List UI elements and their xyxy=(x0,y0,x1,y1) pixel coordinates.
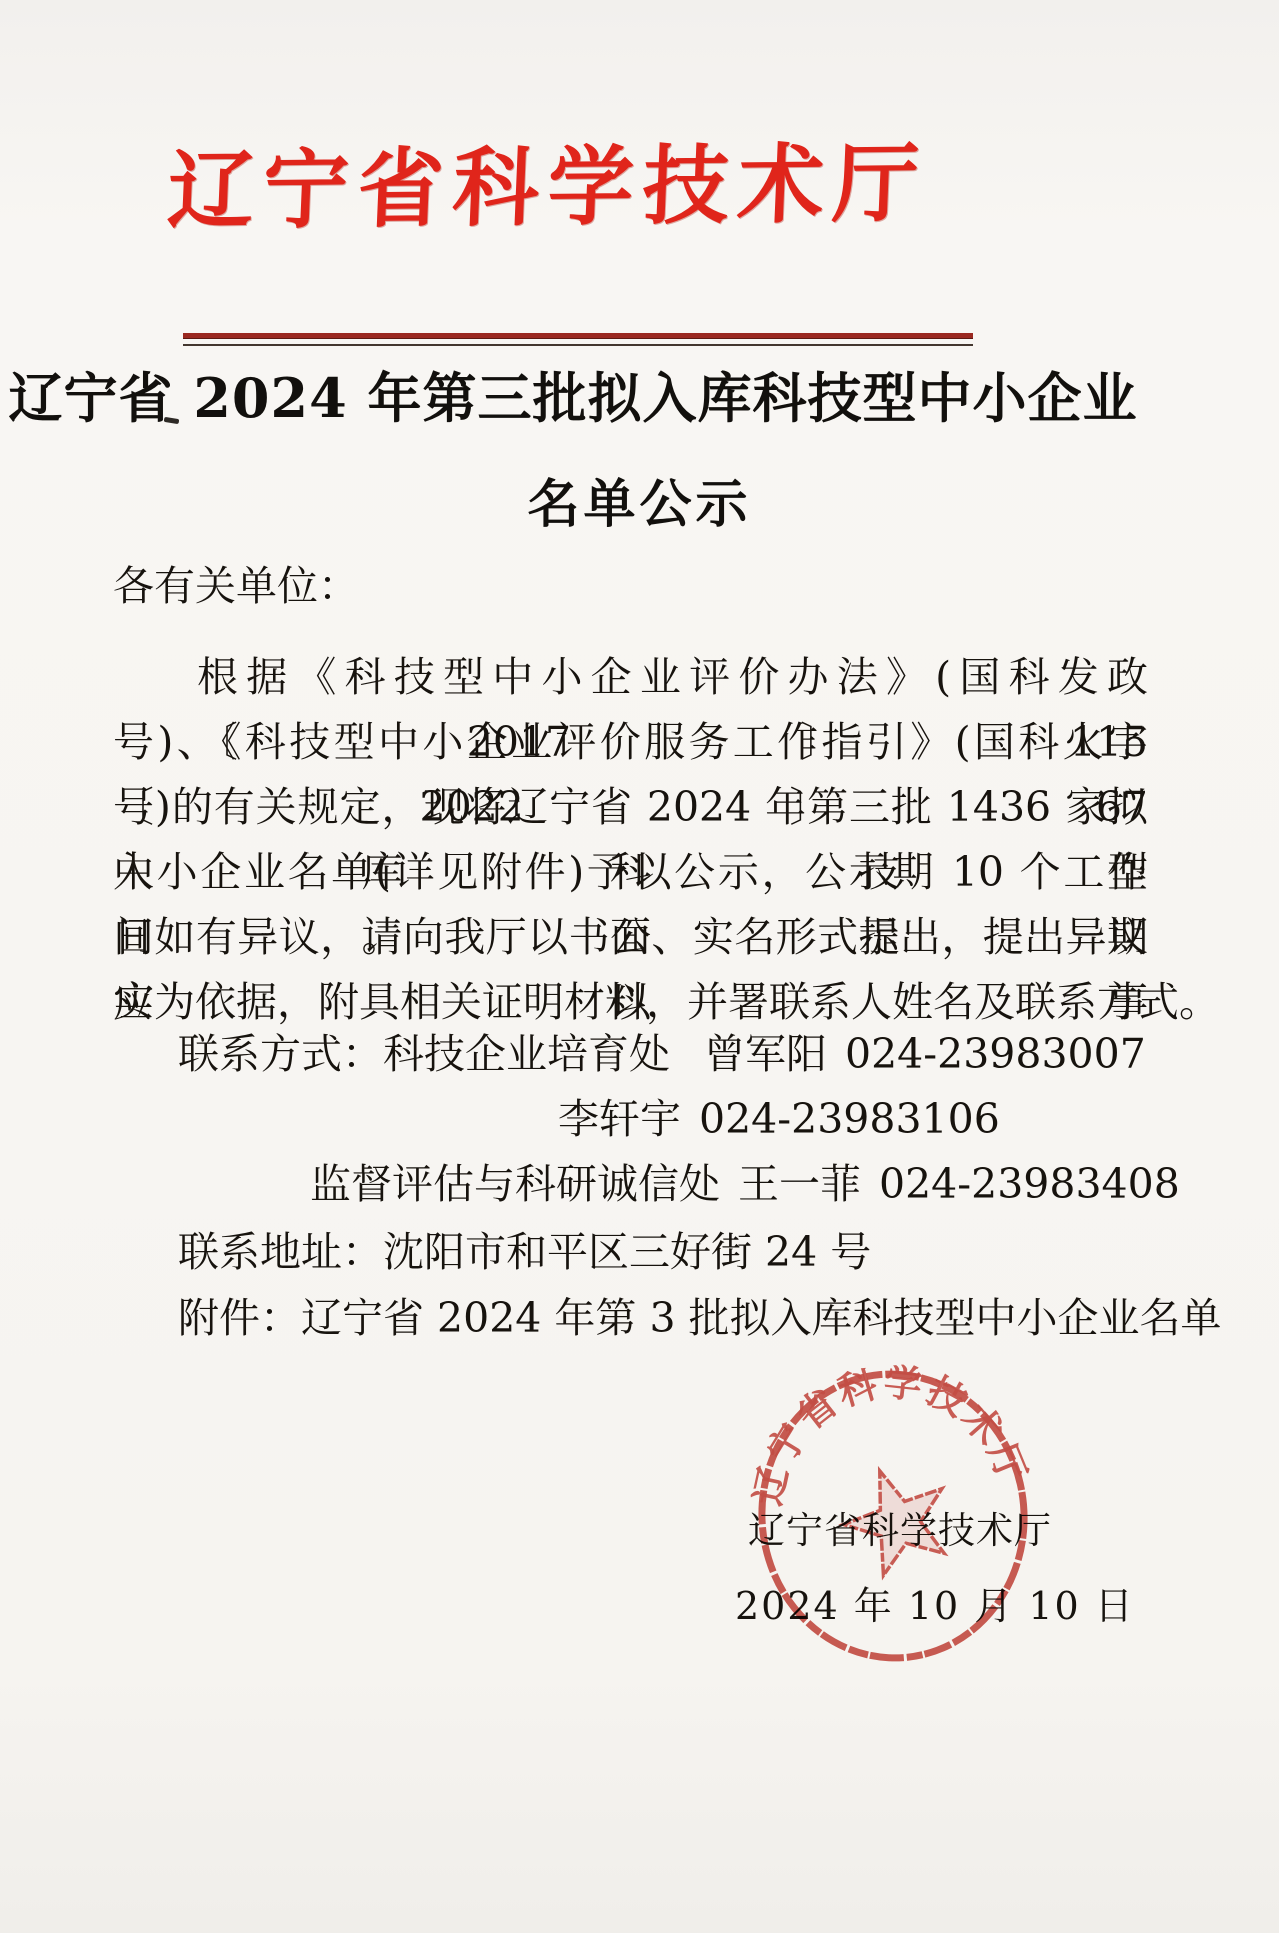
body-paragraph: 根据《科技型中小企业评价办法》(国科发政〔2017〕115 号)、《科技型中小企… xyxy=(113,645,1148,1035)
contact-line-1: 联系方式：科技企业培育处曾军阳024-23983007 xyxy=(178,1026,1146,1082)
body-line: 中小企业名单(详见附件)予以公示，公示期 10 个工作日。公示期 xyxy=(113,840,1148,905)
contact-line-2: 李轩宇024-23983106 xyxy=(558,1091,1000,1147)
signature-date: 2024 年 10 月 10 日 xyxy=(735,1580,1135,1632)
contact-phone: 024-23983106 xyxy=(699,1095,1000,1143)
attachment-title: 辽宁省 2024 年第 3 批拟入库科技型中小企业名单 xyxy=(301,1294,1222,1342)
contact-address-line: 联系地址：沈阳市和平区三好街 24 号 xyxy=(178,1224,871,1280)
document-page: 辽宁省科学技术厅 辽宁省 2024 年第三批拟入库科技型中小企业 名单公示 各有… xyxy=(0,0,1279,1933)
body-line: 号)、《科技型中小企业评价服务工作指引》(国科火字〔2022〕67 xyxy=(113,710,1148,775)
seal-arc-text: 辽宁省科学技术厅 xyxy=(740,1354,1037,1513)
attachment-line: 附件：辽宁省 2024 年第 3 批拟入库科技型中小企业名单 xyxy=(178,1290,1222,1346)
letterhead-title: 辽宁省科学技术厅 xyxy=(0,112,1099,248)
body-line: 根据《科技型中小企业评价办法》(国科发政〔2017〕115 xyxy=(113,645,1148,710)
contact-department: 科技企业培育处 xyxy=(383,1030,670,1078)
rule-thick-line xyxy=(183,333,973,339)
contact-person: 李轩宇 xyxy=(558,1095,681,1143)
body-line: 号)的有关规定，现将辽宁省 2024 年第三批 1436 家拟入库科技型 xyxy=(113,775,1148,840)
signature-org: 辽宁省科学技术厅 xyxy=(748,1505,1052,1557)
contact-person: 王一菲 xyxy=(738,1160,861,1208)
rule-thin-line xyxy=(183,344,973,346)
contact-phone: 024-23983007 xyxy=(845,1030,1146,1078)
contact-person: 曾军阳 xyxy=(704,1030,827,1078)
letterhead-rule xyxy=(183,333,973,346)
body-line: 间如有异议，请向我厅以书面、实名形式提出，提出异议应以事 xyxy=(113,905,1148,970)
contact-method-label: 联系方式： xyxy=(178,1030,383,1078)
salutation: 各有关单位： xyxy=(113,562,359,610)
contact-address-label: 联系地址： xyxy=(178,1228,383,1276)
attachment-label: 附件： xyxy=(178,1294,301,1342)
document-title-line2: 名单公示 xyxy=(0,462,1279,537)
contact-department: 监督评估与科研诚信处 xyxy=(310,1160,720,1208)
contact-line-3: 监督评估与科研诚信处王一菲024-23983408 xyxy=(310,1156,1180,1212)
contact-phone: 024-23983408 xyxy=(879,1160,1180,1208)
contact-address: 沈阳市和平区三好街 24 号 xyxy=(383,1228,871,1276)
